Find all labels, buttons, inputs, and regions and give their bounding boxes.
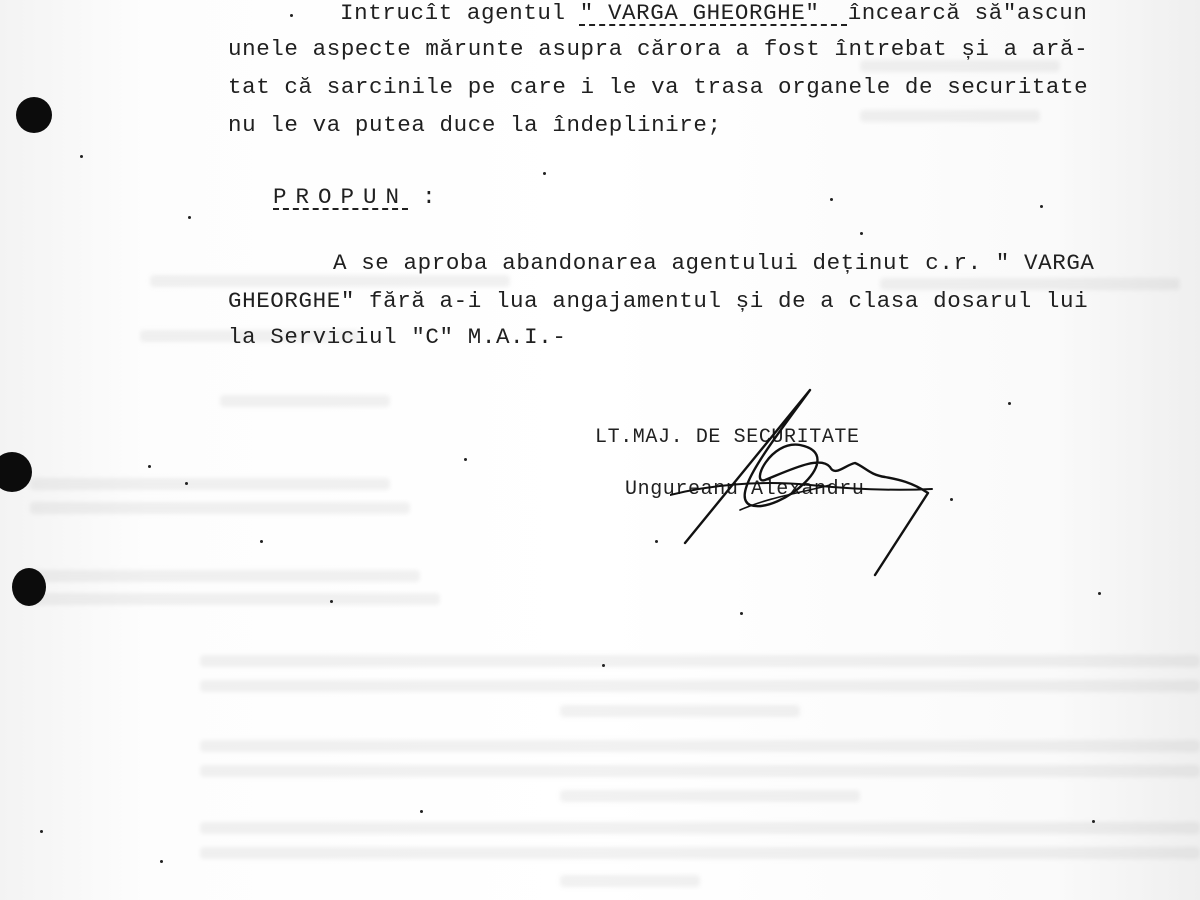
text: Intrucît agentul xyxy=(340,0,580,26)
punch-hole xyxy=(0,452,32,492)
paragraph-1-line-2: unele aspecte mărunte asupra cărora a fo… xyxy=(228,36,1088,62)
document-page: Intrucît agentul " VARGA GHEORGHE" încea… xyxy=(0,0,1200,900)
paragraph-2-line-1: A se aproba abandonarea agentului deținu… xyxy=(333,250,1095,276)
heading-colon: : xyxy=(408,184,436,210)
paragraph-2-line-2: GHEORGHE" fără a-i lua angajamentul și d… xyxy=(228,288,1088,314)
handwritten-signature xyxy=(670,385,950,585)
agent-name: " VARGA GHEORGHE" xyxy=(580,0,848,26)
propun-heading: PROPUN : xyxy=(273,184,436,210)
text: încearcă să"ascun xyxy=(848,0,1088,26)
paragraph-1-line-4: nu le va putea duce la îndeplinire; xyxy=(228,112,722,138)
paragraph-2-line-3: la Serviciul "C" M.A.I.- xyxy=(228,324,566,350)
punch-hole xyxy=(12,568,46,606)
paragraph-1-line-3: tat că sarcinile pe care i le va trasa o… xyxy=(228,74,1088,100)
paragraph-1-line-1: Intrucît agentul " VARGA GHEORGHE" încea… xyxy=(340,0,1087,26)
punch-hole xyxy=(16,97,52,133)
heading-text: PROPUN xyxy=(273,184,408,210)
